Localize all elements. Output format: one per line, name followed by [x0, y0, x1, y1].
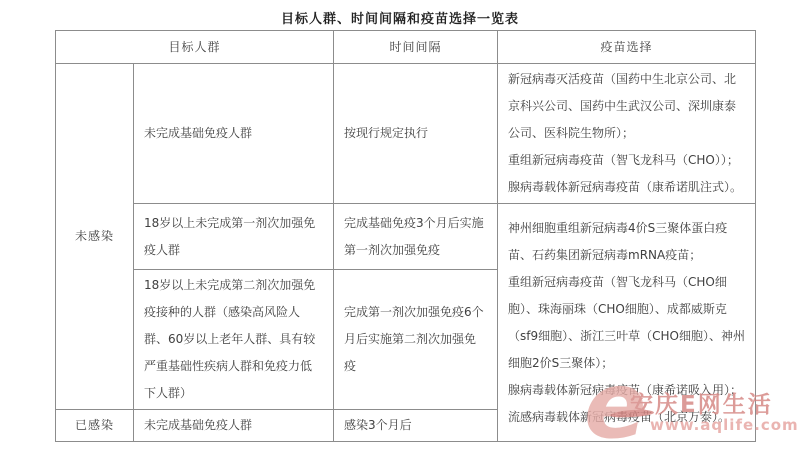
page-title: 目标人群、时间间隔和疫苗选择一览表 [0, 8, 800, 27]
table-header-row: 目标人群 时间间隔 疫苗选择 [56, 31, 756, 64]
table-row: 未感染 未完成基础免疫人群 按现行规定执行 新冠病毒灭活疫苗（国药中生北京公司、… [56, 64, 756, 204]
group-cell-infected: 已感染 [56, 410, 134, 442]
population-cell: 未完成基础免疫人群 [134, 410, 334, 442]
vaccine-item: 重组新冠病毒疫苗（智飞龙科马（CHO））； [508, 147, 745, 174]
vaccine-item: 腺病毒载体新冠病毒疫苗（康希诺肌注式）。 [508, 174, 745, 201]
group-cell-not-infected: 未感染 [56, 64, 134, 410]
vaccine-item: 神州细胞重组新冠病毒4价S三聚体蛋白疫苗、石药集团新冠病毒mRNA疫苗； [508, 215, 745, 269]
header-vaccine-selection: 疫苗选择 [498, 31, 756, 64]
vaccine-item: 新冠病毒灭活疫苗（国药中生北京公司、北京科兴公司、国药中生武汉公司、深圳康泰公司… [508, 66, 745, 147]
header-time-interval: 时间间隔 [334, 31, 498, 64]
vaccine-item: 腺病毒载体新冠病毒疫苗（康希诺吸入用）； [508, 377, 745, 404]
population-cell: 未完成基础免疫人群 [134, 64, 334, 204]
vaccine-item: 重组新冠病毒疫苗（智飞龙科马（CHO细胞）、珠海丽珠（CHO细胞）、成都威斯克（… [508, 269, 745, 377]
vaccine-schedule-table: 目标人群 时间间隔 疫苗选择 未感染 未完成基础免疫人群 按现行规定执行 新冠病… [55, 30, 756, 442]
vaccine-cell: 新冠病毒灭活疫苗（国药中生北京公司、北京科兴公司、国药中生武汉公司、深圳康泰公司… [498, 64, 756, 204]
interval-cell: 感染3个月后 [334, 410, 498, 442]
header-target-population: 目标人群 [56, 31, 334, 64]
interval-cell: 按现行规定执行 [334, 64, 498, 204]
interval-cell: 完成第一剂次加强免疫6个月后实施第二剂次加强免疫 [334, 270, 498, 410]
page: 目标人群、时间间隔和疫苗选择一览表 目标人群 时间间隔 疫苗选择 未感染 未完成… [0, 0, 800, 450]
table-row: 18岁以上未完成第一剂次加强免疫人群 完成基础免疫3个月后实施第一剂次加强免疫 … [56, 204, 756, 270]
interval-cell: 完成基础免疫3个月后实施第一剂次加强免疫 [334, 204, 498, 270]
vaccine-cell: 神州细胞重组新冠病毒4价S三聚体蛋白疫苗、石药集团新冠病毒mRNA疫苗； 重组新… [498, 204, 756, 442]
population-cell: 18岁以上未完成第一剂次加强免疫人群 [134, 204, 334, 270]
population-cell: 18岁以上未完成第二剂次加强免疫接种的人群（感染高风险人群、60岁以上老年人群、… [134, 270, 334, 410]
vaccine-item: 流感病毒载体新冠病毒疫苗（北京万泰）。 [508, 404, 745, 431]
